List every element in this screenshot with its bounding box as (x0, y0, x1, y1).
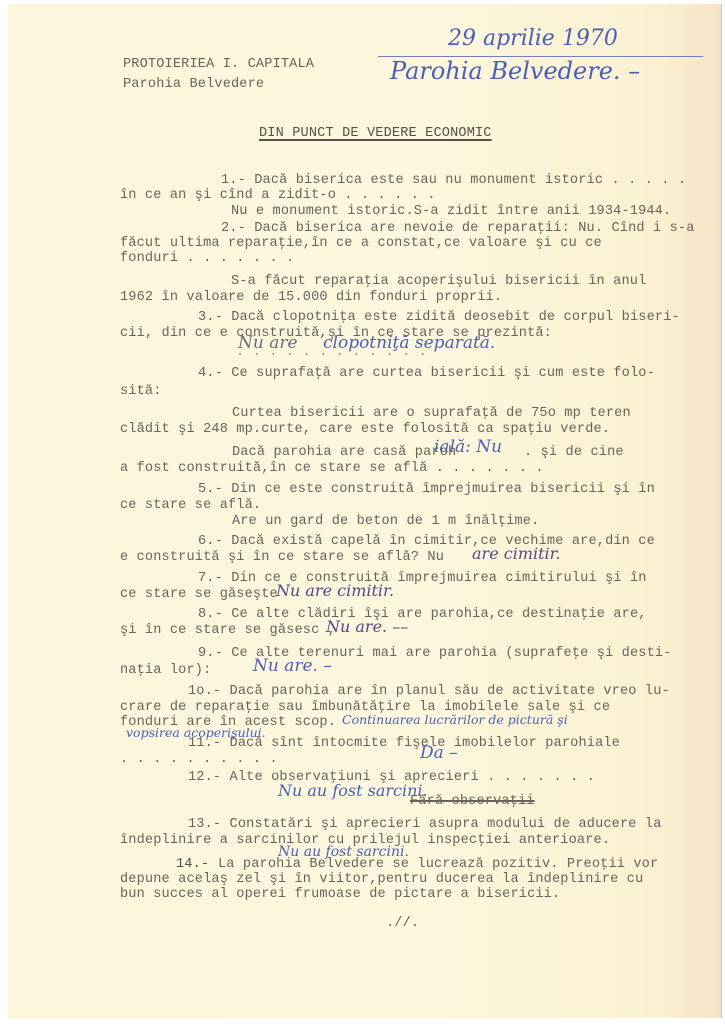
item-14-cont2: bun succes al operei frumoase de pictare… (120, 887, 560, 903)
answer-3-handwritten-pencil: Nu are (238, 334, 298, 352)
answer-6-handwritten: are cimitir. (472, 545, 561, 563)
handwritten-parish: Parohia Belvedere. – (390, 62, 640, 80)
answer-4-cont: clădit şi 248 mp.curte, care este folosi… (120, 422, 610, 438)
document-page: PROTOIERIEA I. CAPITALA Parohia Belveder… (8, 4, 722, 1018)
question-6: 6.- Dacă există capelă în cimitir,ce vec… (198, 534, 655, 550)
answer-3-handwritten-ink: clopotniţă separată. (323, 334, 495, 352)
item-14-cont: depune acelaş zel şi în viitor,pentru du… (120, 872, 643, 888)
answer-10-handwritten: Continuarea lucrărilor de pictură şi (342, 711, 568, 729)
question-4b-cont: a fost construită,în ce stare se află . … (120, 461, 544, 477)
question-9-cont: naţia lor): (120, 663, 211, 679)
question-13: 13.- Constatări şi aprecieri asupra modu… (188, 817, 662, 833)
question-3: 3.- Dacă clopotniţa este zidită deosebit… (198, 310, 680, 326)
answer-5: Are un gard de beton de 1 m înălţime. (232, 514, 539, 530)
question-11-cont: . . . . . . . . . . (120, 752, 278, 768)
institution-name: PROTOIERIEA I. CAPITALA (123, 57, 314, 73)
question-2-cont2: fonduri . . . . . . . (120, 251, 294, 267)
answer-7-handwritten: Nu are cimitir. (276, 582, 394, 600)
answer-8-handwritten: Nu are. –– (326, 618, 408, 636)
question-6-cont: e construită şi în ce stare se află? Nu (120, 550, 444, 566)
question-11: 11.- Dacă sînt întocmite fişele imobilel… (188, 736, 620, 752)
question-2: 2.- Dacă biserica are nevoie de reparaţi… (221, 221, 695, 237)
question-4b-end: . şi de cine (524, 445, 624, 461)
question-7: 7.- Din ce e construită împrejmuirea cim… (198, 571, 647, 587)
answer-2-cont: 1962 în valoare de 15.000 din fonduri pr… (120, 290, 502, 306)
question-1-cont: în ce an şi cînd a zidit-o . . . . . . (120, 188, 436, 204)
answer-4b-handwritten: ială: Nu (434, 438, 502, 456)
question-2-cont: făcut ultima reparaţie,în ce a constat,c… (120, 236, 602, 252)
answer-4: Curtea bisericii are o suprafaţă de 75o … (232, 406, 631, 422)
document-title: DIN PUNCT DE VEDERE ECONOMIC (259, 126, 492, 142)
question-8-cont: şi în ce stare se găsesc , (120, 623, 336, 639)
question-4-cont: sită: (120, 384, 162, 400)
answer-1: Nu e monument istoric.S-a zidit între an… (231, 204, 671, 220)
question-10: 1o.- Dacă parohia are în planul său de a… (188, 684, 670, 700)
answer-9-handwritten: Nu are. – (253, 657, 332, 675)
answer-2: S-a făcut reparaţia acoperişului biseric… (231, 274, 646, 290)
end-mark: .//. (386, 916, 419, 932)
question-5: 5.- Din ce este construită împrejmuirea … (198, 482, 655, 498)
question-5-cont: ce stare se află. (120, 498, 261, 514)
item-14: La parohia Belvedere se lucrează pozitiv… (218, 857, 658, 873)
parish-name: Parohia Belvedere (123, 77, 264, 93)
answer-11-handwritten: Da – (420, 744, 458, 762)
answer-12-struck: Fără observaţii (410, 794, 535, 810)
handwritten-date: 29 aprilie 1970 (448, 30, 618, 48)
question-7-cont: ce stare se găseşte (120, 587, 278, 603)
question-1: 1.- Dacă biserica este sau nu monument i… (221, 173, 686, 189)
question-8: 8.- Ce alte clădiri îşi are parohia,ce d… (198, 607, 647, 623)
item-14-number: 14.- (176, 857, 209, 873)
question-4: 4.- Ce suprafaţă are curtea bisericii şi… (198, 366, 655, 382)
question-4b: Dacă parohia are casă paroh (232, 445, 456, 461)
answer-12-handwritten: Nu au fost sarcini. (278, 782, 428, 800)
